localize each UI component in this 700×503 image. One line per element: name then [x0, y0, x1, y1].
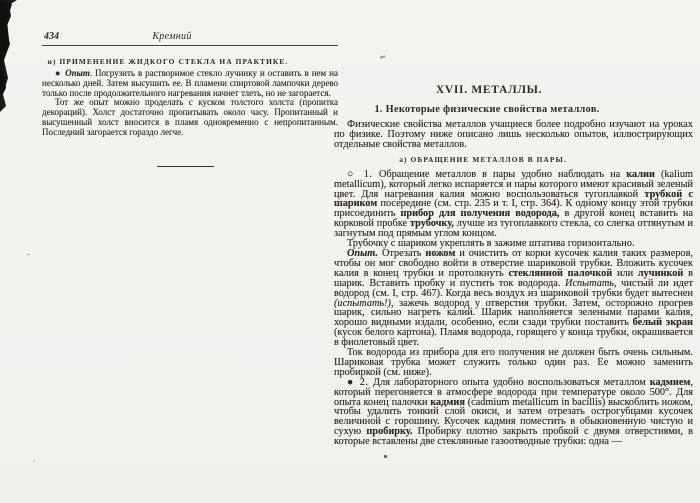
chapter-heading: XVII. МЕТАЛЛЫ. [334, 84, 644, 96]
scan-edge-artifact [0, 0, 22, 114]
paragraph: ○ 1. Обращение металлов в пары удобно на… [334, 170, 693, 239]
right-section-heading: 1. Некоторые физические свойства металло… [334, 104, 640, 115]
scanned-book-spread: 434 Кремний и) ПРИМЕНЕНИЕ ЖИДКОГО СТЕКЛА… [0, 0, 700, 503]
left-page-header: 434 Кремний [42, 31, 338, 45]
subsection-heading: а) ОБРАЩЕНИЕ МЕТАЛЛОВ В ПАРЫ. [334, 155, 632, 164]
paragraph: Тот же опыт можно проделать с куском тол… [42, 98, 338, 137]
paragraph: ● Опыт. Погрузить в растворимое стекло л… [42, 69, 338, 98]
header-rule [42, 45, 338, 46]
ink-speck [380, 55, 385, 58]
paragraph: ● 2. Для лабораторного опыта удобно восп… [334, 378, 693, 447]
right-page-text: Физические свойства металлов учащиеся бо… [334, 120, 693, 447]
intro-paragraph: Физические свойства металлов учащиеся бо… [334, 120, 693, 150]
left-section-heading: и) ПРИМЕНЕНИЕ ЖИДКОГО СТЕКЛА НА ПРАКТИКЕ… [42, 57, 294, 66]
ink-speck [33, 460, 35, 462]
paragraph: Ток водорода из прибора для его получени… [334, 348, 693, 378]
ink-speck [384, 455, 387, 458]
paragraph: Опыт. Отрезать ножом и очистить от корки… [334, 249, 693, 348]
ink-speck [27, 254, 30, 256]
section-divider [157, 166, 214, 167]
right-page-paragraphs: ○ 1. Обращение металлов в пары удобно на… [334, 170, 693, 447]
running-title: Кремний [42, 31, 302, 42]
left-page-text: ● Опыт. Погрузить в растворимое стекло л… [42, 69, 338, 138]
